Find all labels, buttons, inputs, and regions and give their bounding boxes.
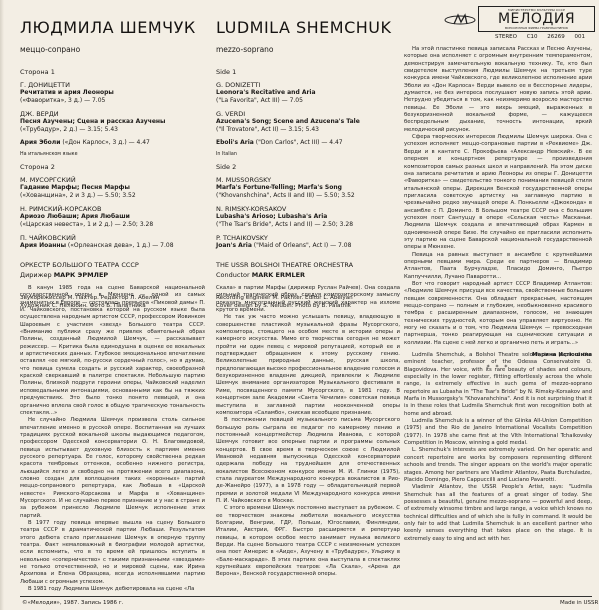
paragraph: Ludmila Shemchuk is a winner of the Glin… [404, 418, 592, 447]
melodiya-logo-icon [444, 13, 476, 27]
voice-type-ru: меццо-сопрано [20, 45, 200, 54]
copyright-notice: ©«Мелодия», 1987. Запись 1986 г. [22, 600, 123, 606]
catalog-number: С10 26269 001 [527, 34, 585, 40]
paragraph: Не случайно Людмила Шемчук произвела сто… [20, 417, 205, 520]
conductor-label: Conductor [216, 271, 250, 279]
orchestra-credit-ru: ОРКЕСТР БОЛЬШОГО ТЕАТРА СССР Дирижер МАР… [20, 260, 200, 280]
track-item: П. ЧАЙКОВСКИЙ Ария Иоанны («Орлеанская д… [20, 234, 200, 250]
paragraph: В 1981 году Людмила Шемчук дебютировала … [20, 586, 205, 593]
track-detail: («Царская невеста», 1 и 2 д.) — 2.50; 3.… [20, 221, 200, 229]
track-title: Lubasha's Arioso; Lubasha's Aria [216, 213, 396, 221]
label-subtitle: ВСЕСОЮЗНАЯ ФИРМА ГРАМПЛАСТИНОК [482, 26, 591, 30]
artist-title-ru: ЛЮДМИЛА ШЕМЧУК [20, 18, 200, 37]
track-item: Н. РИМСКИЙ-КОРСАКОВ Ариозо Любаши; Ария … [20, 205, 200, 229]
track-item: Eboli's Aria ("Don Carlos", Act III) — 4… [216, 139, 396, 147]
paragraph: В постижении певицей музыкального письма… [216, 417, 400, 505]
track-detail: ("Il Trovatore", Act II) — 3.15; 5.43 [216, 126, 396, 134]
paragraph: В канун 1985 года на сцене Баварской нац… [20, 285, 205, 417]
side2-label-en: Side 2 [216, 163, 396, 171]
track-detail: ("La Favorita", Act III) — 7.05 [216, 97, 396, 105]
track-composer: П. ЧАЙКОВСКИЙ [20, 234, 200, 242]
conductor-name: МАРК ЭРМЛЕР [54, 271, 108, 279]
paragraph: С этого времени Шемчук постоянно выступа… [216, 505, 400, 578]
label-name: МЕЛОДИЯ [482, 12, 591, 26]
track-composer: G. DONIZETTI [216, 81, 396, 89]
conductor-label: Дирижер [20, 271, 52, 279]
track-item: Г. ДОНИЦЕТТИ Речитатив и ария Леоноры («… [20, 81, 200, 105]
track-item: ДЖ. ВЕРДИ Песня Азучены; Сцена и рассказ… [20, 110, 200, 134]
track-composer: Г. ДОНИЦЕТТИ [20, 81, 200, 89]
paragraph: Певица на равных выступает в ансамбле с … [404, 252, 592, 281]
track-detail: ("Khovanshchina", Acts II and III) — 5.5… [216, 192, 396, 200]
side1-label-ru: Сторона 1 [20, 68, 200, 76]
language-note-en: In Italian [216, 152, 396, 157]
paragraph: Ludmila Shemchuk, a Bolshoi Theatre solo… [404, 352, 592, 418]
stereo-format: STEREO [495, 34, 517, 40]
orchestra-name: THE USSR BOLSHOI THEATRE ORCHESTRA [216, 260, 396, 270]
track-composer: М. МУСОРГСКИЙ [20, 176, 200, 184]
track-composer: N. RIMSKY-KORSAKOV [216, 205, 396, 213]
paragraph: Vladimir Atlantov, the USSR People's Art… [404, 484, 592, 543]
track-detail: («Трубадур», 2 д.) — 3.15; 5.43 [20, 126, 200, 134]
paragraph: Вот что говорит народный артист СССР Вла… [404, 281, 592, 347]
liner-notes-right-en: Ludmila Shemchuk, a Bolshoi Theatre solo… [404, 352, 592, 543]
side1-label-en: Side 1 [216, 68, 396, 76]
track-composer: Н. РИМСКИЙ-КОРСАКОВ [20, 205, 200, 213]
track-composer: G. VERDI [216, 110, 396, 118]
track-title: Joan's Aria [216, 242, 252, 249]
russian-tracklist: ЛЮДМИЛА ШЕМЧУК меццо-сопрано Сторона 1 Г… [20, 8, 200, 310]
track-item: N. RIMSKY-KORSAKOV Lubasha's Arioso; Lub… [216, 205, 396, 229]
track-item: P. TCHAIKOVSKY Joan's Aria ("Maid of Orl… [216, 234, 396, 250]
paragraph: Сфера творческих интересов Людмилы Шемчу… [404, 134, 592, 252]
side2-label-ru: Сторона 2 [20, 163, 200, 171]
track-detail: («Орлеанская дева», 1 д.) — 7.08 [66, 242, 174, 249]
track-detail: («Хованщина», 2 и 3 д.) — 5.50; 3.52 [20, 192, 200, 200]
track-item: G. DONIZETTI Leonora's Recitative and Ar… [216, 81, 396, 105]
paragraph: Не так уж часто можно услышать певицу, в… [216, 314, 400, 417]
track-composer: ДЖ. ВЕРДИ [20, 110, 200, 118]
track-item: M. MUSSORGSKY Marfa's Fortune-Telling; M… [216, 176, 396, 200]
paragraph: На этой пластинке певица записала Расска… [404, 46, 592, 134]
melodiya-label-logo: МИНИСТЕРСТВО КУЛЬТУРЫ СССР МЕЛОДИЯ ВСЕСО… [478, 6, 595, 32]
track-title: Leonora's Recitative and Aria [216, 89, 396, 97]
paragraph: В 1977 году певица впервые вышла на сцен… [20, 520, 205, 586]
track-title: Azucena's Song; Scene and Azucena's Tale [216, 118, 396, 126]
track-item: Ария Эболи («Дон Карлос», 3 д.) — 4.47 [20, 139, 200, 147]
voice-type-en: mezzo-soprano [216, 45, 396, 54]
orchestra-credit-en: THE USSR BOLSHOI THEATRE ORCHESTRA Condu… [216, 260, 396, 280]
track-title: Marfa's Fortune-Telling; Marfa's Song [216, 184, 396, 192]
paragraph: L. Shemchuk's interests are extremely va… [404, 447, 592, 484]
catalog-info: STEREO С10 26269 001 [495, 34, 585, 40]
track-item: G. VERDI Azucena's Song; Scene and Azuce… [216, 110, 396, 134]
track-detail: («Дон Карлос», 3 д.) — 4.47 [60, 139, 149, 146]
track-detail: ("Maid of Orleans", Act I) — 7.08 [252, 242, 352, 249]
made-in-notice: Made in USSR [560, 600, 598, 606]
liner-notes-right-ru: На этой пластинке певица записала Расска… [404, 46, 592, 377]
english-tracklist: LUDMILA SHEMCHUK mezzo-soprano Side 1 G.… [216, 8, 396, 310]
track-title: Речитатив и ария Леоноры [20, 89, 200, 97]
track-title: Eboli's Aria [216, 139, 254, 146]
track-title: Ариозо Любаши; Ария Любаши [20, 213, 200, 221]
track-composer: M. MUSSORGSKY [216, 176, 396, 184]
track-detail: ("Don Carlos", Act III) — 4.47 [254, 139, 343, 146]
sleeve-fold-shadow [0, 0, 4, 610]
track-title: Песня Азучены; Сцена и рассказ Азучены [20, 118, 200, 126]
track-composer: P. TCHAIKOVSKY [216, 234, 396, 242]
track-detail: ("The Tsar's Bride", Acts I and II) — 2.… [216, 221, 396, 229]
track-title: Гадание Марфы; Песня Марфы [20, 184, 200, 192]
orchestra-name: ОРКЕСТР БОЛЬШОГО ТЕАТРА СССР [20, 260, 200, 270]
artist-title-en: LUDMILA SHEMCHUK [216, 18, 396, 37]
track-item: М. МУСОРГСКИЙ Гадание Марфы; Песня Марфы… [20, 176, 200, 200]
paragraph: Скала» в партии Марфы (дирижер Руслан Ра… [216, 285, 400, 314]
track-title: Ария Иоанны [20, 242, 66, 249]
language-note-ru: На итальянском языке [20, 152, 200, 157]
liner-notes-left: В канун 1985 года на сцене Баварской нац… [20, 285, 205, 593]
track-title: Ария Эболи [20, 139, 60, 146]
conductor-name: MARK ERMLER [252, 271, 305, 279]
liner-notes-middle: Скала» в партии Марфы (дирижер Руслан Ра… [216, 285, 400, 579]
footer-divider [20, 596, 592, 597]
track-detail: («Фаворитка», 3 д.) — 7.05 [20, 97, 200, 105]
